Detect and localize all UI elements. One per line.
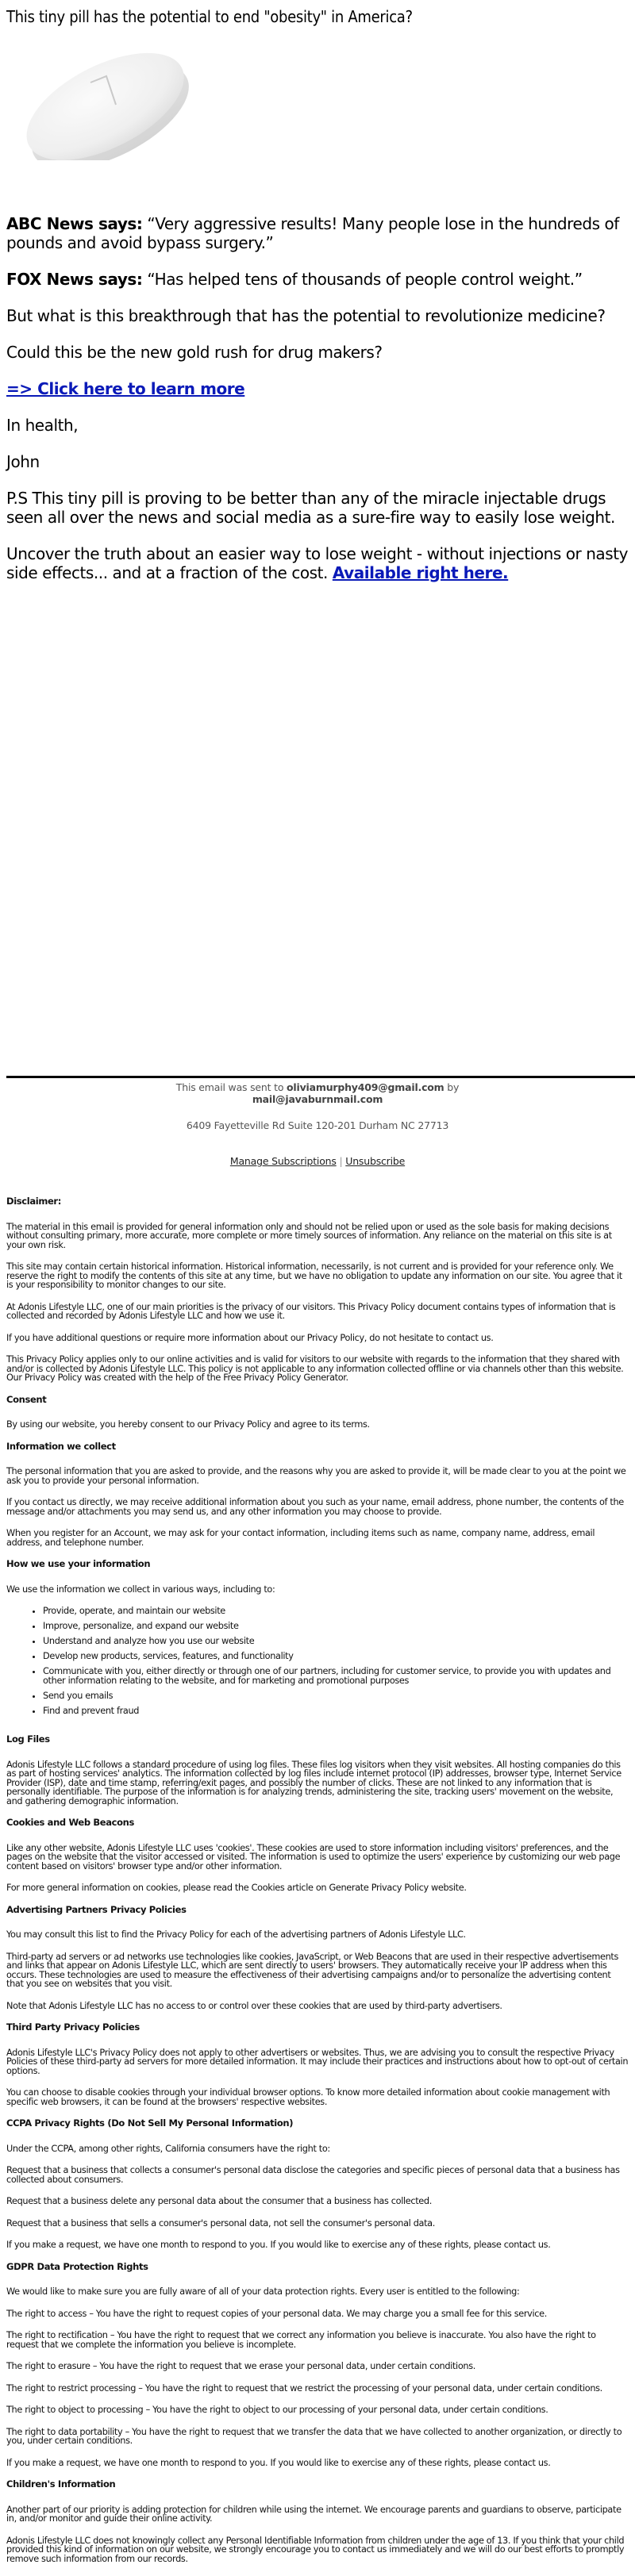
legal-paragraph: If you make a request, we have one month… xyxy=(6,2240,629,2250)
gdpr-heading: GDPR Data Protection Rights xyxy=(6,2263,629,2272)
email-footer: This email was sent to oliviamurphy409@g… xyxy=(0,1081,635,1167)
link-separator: | xyxy=(337,1155,346,1167)
sent-prefix: This email was sent to xyxy=(176,1081,287,1093)
legal-paragraph: At Adonis Lifestyle LLC, one of our main… xyxy=(6,1303,629,1321)
legal-paragraph: The right to rectification – You have th… xyxy=(6,2331,629,2349)
legal-paragraph: Like any other website, Adonis Lifestyle… xyxy=(6,1844,629,1872)
ps-paragraph: P.S This tiny pill is proving to be bett… xyxy=(6,489,629,527)
advertising-heading: Advertising Partners Privacy Policies xyxy=(6,1906,629,1915)
legal-paragraph: By using our website, you hereby consent… xyxy=(6,1420,629,1430)
legal-paragraph: Request that a business delete any perso… xyxy=(6,2197,629,2206)
postal-address: 6409 Fayetteville Rd Suite 120-201 Durha… xyxy=(0,1119,635,1131)
list-item: Improve, personalize, and expand our web… xyxy=(43,1622,629,1631)
quote-source: ABC News says: xyxy=(6,214,142,233)
use-heading: How we use your information xyxy=(6,1560,629,1569)
log-files-heading: Log Files xyxy=(6,1735,629,1745)
legal-paragraph: The right to restrict processing – You h… xyxy=(6,2384,629,2394)
legal-paragraph: Adonis Lifestyle LLC's Privacy Policy do… xyxy=(6,2048,629,2076)
legal-paragraph: When you register for an Account, we may… xyxy=(6,1529,629,1547)
sender-email: mail@javaburnmail.com xyxy=(252,1093,383,1105)
cookies-heading: Cookies and Web Beacons xyxy=(6,1818,629,1828)
headline: This tiny pill has the potential to end … xyxy=(6,6,629,27)
collect-heading: Information we collect xyxy=(6,1442,629,1452)
legal-paragraph: If you have additional questions or requ… xyxy=(6,1334,629,1343)
legal-paragraph: We use the information we collect in var… xyxy=(6,1585,629,1595)
sent-mid: by xyxy=(444,1081,460,1093)
signature: John xyxy=(6,452,629,471)
subscription-links: Manage Subscriptions | Unsubscribe xyxy=(0,1155,635,1167)
list-item: Communicate with you, either directly or… xyxy=(43,1667,629,1686)
consent-heading: Consent xyxy=(6,1395,629,1405)
legal-paragraph: Adonis Lifestyle LLC does not knowingly … xyxy=(6,2536,629,2564)
list-item: Send you emails xyxy=(43,1691,629,1701)
list-item: Find and prevent fraud xyxy=(43,1706,629,1716)
legal-paragraph: This site may contain certain historical… xyxy=(6,1262,629,1290)
legal-paragraph: The right to data portability – You have… xyxy=(6,2428,629,2446)
list-item: Understand and analyze how you use our w… xyxy=(43,1637,629,1646)
legal-paragraph: The right to access – You have the right… xyxy=(6,2309,629,2319)
legal-paragraph: You may consult this list to find the Pr… xyxy=(6,1930,629,1940)
legal-paragraph: For more general information on cookies,… xyxy=(6,1883,629,1893)
hero-image xyxy=(6,38,629,165)
third-party-heading: Third Party Privacy Policies xyxy=(6,2023,629,2033)
question-paragraph: But what is this breakthrough that has t… xyxy=(6,306,629,325)
quote-abc: ABC News says: “Very aggressive results!… xyxy=(6,214,629,252)
available-here-link[interactable]: Available right here. xyxy=(333,563,508,582)
legal-paragraph: You can choose to disable cookies throug… xyxy=(6,2088,629,2106)
legal-paragraph: Request that a business that sells a con… xyxy=(6,2219,629,2229)
legal-paragraph: Under the CCPA, among other rights, Cali… xyxy=(6,2144,629,2154)
use-list: Provide, operate, and maintain our websi… xyxy=(6,1607,629,1716)
legal-paragraph: The personal information that you are as… xyxy=(6,1467,629,1485)
quote-text: “Has helped tens of thousands of people … xyxy=(142,270,582,289)
footer-divider xyxy=(6,1076,635,1078)
list-item: Develop new products, services, features… xyxy=(43,1652,629,1661)
quote-fox: FOX News says: “Has helped tens of thous… xyxy=(6,270,629,289)
legal-paragraph: If you make a request, we have one month… xyxy=(6,2459,629,2468)
legal-section: Disclaimer: The material in this email i… xyxy=(0,1181,635,2563)
closing-text: Uncover the truth about an easier way to… xyxy=(6,544,628,582)
email-body: This tiny pill has the potential to end … xyxy=(0,6,635,582)
legal-paragraph: This Privacy Policy applies only to our … xyxy=(6,1355,629,1383)
unsubscribe-link[interactable]: Unsubscribe xyxy=(345,1155,405,1167)
legal-paragraph: The right to erasure – You have the righ… xyxy=(6,2362,629,2371)
legal-paragraph: The material in this email is provided f… xyxy=(6,1223,629,1250)
quote-source: FOX News says: xyxy=(6,270,142,289)
manage-subscriptions-link[interactable]: Manage Subscriptions xyxy=(230,1155,337,1167)
legal-paragraph: Another part of our priority is adding p… xyxy=(6,2505,629,2524)
legal-paragraph: Adonis Lifestyle LLC follows a standard … xyxy=(6,1760,629,1806)
recipient-email: oliviamurphy409@gmail.com xyxy=(287,1081,444,1093)
signoff: In health, xyxy=(6,416,629,435)
ccpa-heading: CCPA Privacy Rights (Do Not Sell My Pers… xyxy=(6,2119,629,2129)
learn-more-link[interactable]: => Click here to learn more xyxy=(6,379,244,398)
legal-paragraph: If you contact us directly, we may recei… xyxy=(6,1498,629,1516)
sent-to-notice: This email was sent to oliviamurphy409@g… xyxy=(0,1081,635,1105)
gold-rush-paragraph: Could this be the new gold rush for drug… xyxy=(6,343,629,362)
white-oval-pill-image xyxy=(17,49,195,160)
legal-paragraph: Third-party ad servers or ad networks us… xyxy=(6,1952,629,1989)
closing-paragraph: Uncover the truth about an easier way to… xyxy=(6,544,629,582)
legal-paragraph: Note that Adonis Lifestyle LLC has no ac… xyxy=(6,2002,629,2011)
blank-space xyxy=(0,600,635,1076)
legal-paragraph: We would like to make sure you are fully… xyxy=(6,2287,629,2297)
legal-paragraph: The right to object to processing – You … xyxy=(6,2405,629,2415)
disclaimer-heading: Disclaimer: xyxy=(6,1197,629,1207)
list-item: Provide, operate, and maintain our websi… xyxy=(43,1607,629,1616)
legal-paragraph: Request that a business that collects a … xyxy=(6,2166,629,2184)
cta-paragraph: => Click here to learn more xyxy=(6,379,629,398)
